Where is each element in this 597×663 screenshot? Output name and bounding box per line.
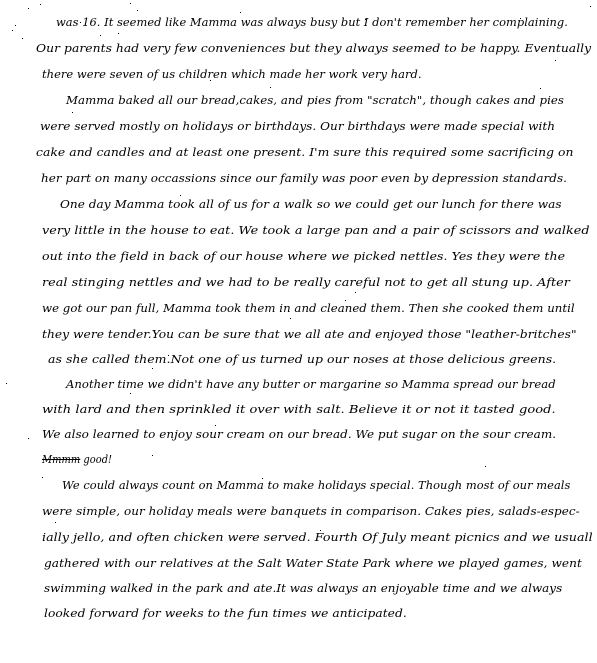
scan-speck [12,30,13,31]
text-line: cake and candles and at least one presen… [36,145,574,159]
text-line: were served mostly on holidays or birthd… [40,119,555,133]
text-line: Mamma baked all our bread,cakes, and pie… [66,93,564,107]
scan-speck [435,510,436,511]
text-line: Mmmm good! [42,452,112,466]
scan-speck [168,355,169,356]
scan-speck [520,18,521,19]
scan-speck [42,477,43,478]
scan-speck [152,455,153,456]
scan-speck [245,280,246,281]
scan-speck [208,258,209,259]
scan-speck [320,530,321,531]
scan-speck [22,38,23,39]
scan-speck [355,292,356,293]
text-line: there were seven of us children which ma… [42,67,422,81]
text-line: We could always count on Mamma to make h… [62,478,570,492]
scan-speck [138,285,139,286]
scan-speck [28,8,29,9]
scan-speck [540,88,541,89]
text-line: was 16. It seemed like Mamma was always … [56,15,568,29]
text-line: very little in the house to eat. We took… [42,223,590,237]
scan-speck [262,478,263,479]
scan-speck [100,35,101,36]
text-line: Our parents had very few conveniences bu… [36,41,591,55]
scan-speck [130,3,131,4]
scan-speck [6,383,7,384]
document-page: was 16. It seemed like Mamma was always … [0,0,597,663]
scan-speck [295,123,296,124]
scan-speck [152,368,153,369]
scan-speck [55,522,56,523]
text-line: looked forward for weeks to the fun time… [44,606,407,620]
scan-speck [210,80,211,81]
scan-speck [15,25,16,26]
scan-speck [80,22,81,23]
scan-speck [72,112,73,113]
scan-speck [290,318,291,319]
text-line: as she called them.Not one of us turned … [48,352,556,366]
scan-speck [240,12,241,13]
scan-speck [555,60,556,61]
scan-speck [250,537,251,538]
scan-speck [395,75,396,76]
scan-speck [28,438,29,439]
scan-speck [590,6,591,7]
scan-speck [118,33,119,34]
scan-speck [130,393,131,394]
text-line: swimming walked in the park and ate.It w… [44,581,562,595]
scan-speck [137,10,138,11]
scan-speck [270,87,271,88]
text-line: Another time we didn't have any butter o… [66,377,556,391]
text-line: ially jello, and often chicken were serv… [42,530,593,544]
scan-speck [40,4,41,5]
text-line: gathered with our relatives at the Salt … [44,556,582,570]
line-remainder: good! [80,452,112,466]
scan-speck [215,425,216,426]
struck-word: Mmmm [42,452,80,466]
text-line: were simple, our holiday meals were banq… [42,504,580,518]
text-line: out into the field in back of our house … [42,249,565,263]
text-line: One day Mamma took all of us for a walk … [60,197,562,211]
scan-speck [485,466,486,467]
scan-speck [345,300,346,301]
text-line: her part on many occassions since our fa… [41,171,567,185]
text-line: We also learned to enjoy sour cream on o… [42,427,556,441]
text-line: they were tender.You can be sure that we… [42,327,577,341]
scan-speck [180,195,181,196]
text-line: we got our pan full, Mamma took them in … [42,301,575,315]
text-line: with lard and then sprinkled it over wit… [42,402,556,416]
scan-speck [365,19,366,20]
text-line: real stinging nettles and we had to be r… [42,275,570,289]
